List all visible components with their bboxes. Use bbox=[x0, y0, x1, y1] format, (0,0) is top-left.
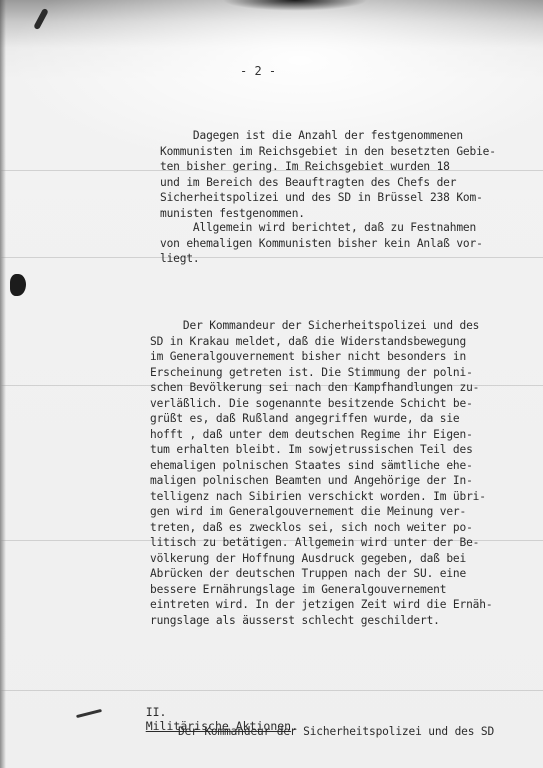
document-page: - 2 - Dagegen ist die Anzahl der festgen… bbox=[0, 0, 543, 768]
paragraph-communists: Dagegen ist die Anzahl der festgenommene… bbox=[160, 128, 496, 221]
page-number: - 2 - bbox=[240, 64, 276, 78]
paragraph-krakau-report: Der Kommandeur der Sicherheitspolizei un… bbox=[150, 318, 492, 628]
pencil-mark bbox=[76, 709, 102, 718]
scan-edge bbox=[0, 0, 6, 768]
ink-mark bbox=[33, 8, 49, 30]
paragraph-arrests: Allgemein wird berichtet, daß zu Festnah… bbox=[160, 220, 483, 267]
continuation-line: Der Kommandeur der Sicherheitspolizei un… bbox=[178, 724, 494, 740]
section-number: II. bbox=[146, 705, 174, 719]
ink-blot bbox=[10, 274, 26, 296]
scan-shadow bbox=[215, 0, 375, 14]
